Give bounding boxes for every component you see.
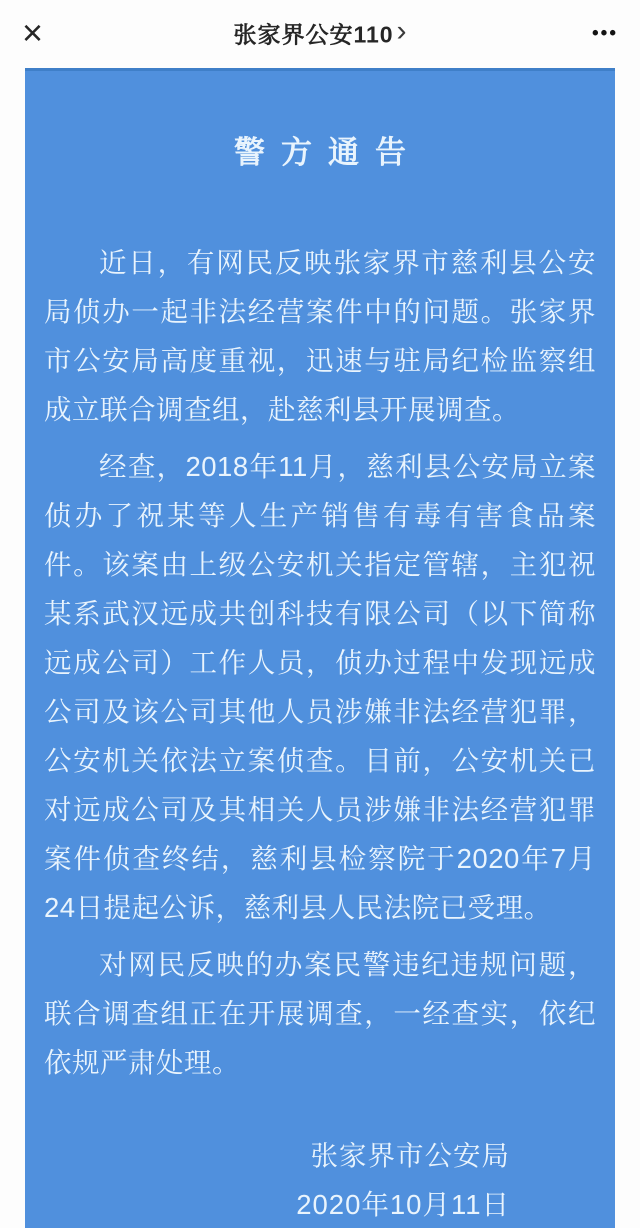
notice-signature-block: 张家界市公安局 2020年10月11日 [44, 1131, 596, 1228]
account-name: 张家界公安110 [233, 17, 393, 50]
notice-date: 2020年10月11日 [44, 1180, 510, 1228]
notice-title: 警方通告 [44, 134, 596, 172]
article-body: 警方通告 近日，有网民反映张家界市慈利县公安局侦办一起非法经营案件中的问题。张家… [0, 68, 640, 1228]
notice-signature: 张家界市公安局 [44, 1131, 510, 1180]
close-button[interactable]: × [22, 15, 43, 51]
more-menu-button[interactable]: ••• [592, 24, 618, 43]
notice-paragraph-2: 经查，2018年11月，慈利县公安局立案侦办了祝某等人生产销售有毒有害食品案件。… [44, 442, 596, 932]
police-notice-card: 警方通告 近日，有网民反映张家界市慈利县公安局侦办一起非法经营案件中的问题。张家… [25, 68, 615, 1228]
notice-paragraph-1: 近日，有网民反映张家界市慈利县公安局侦办一起非法经营案件中的问题。张家界市公安局… [44, 238, 596, 434]
chevron-right-icon: › [397, 16, 407, 46]
notice-paragraph-3: 对网民反映的办案民警违纪违规问题，联合调查组正在开展调查，一经查实，依纪依规严肃… [44, 940, 596, 1087]
more-icon: ••• [592, 23, 618, 44]
webview-header: × 张家界公安110 › ••• [0, 0, 640, 66]
close-icon: × [22, 12, 43, 53]
account-title-link[interactable]: 张家界公安110 › [233, 17, 406, 50]
